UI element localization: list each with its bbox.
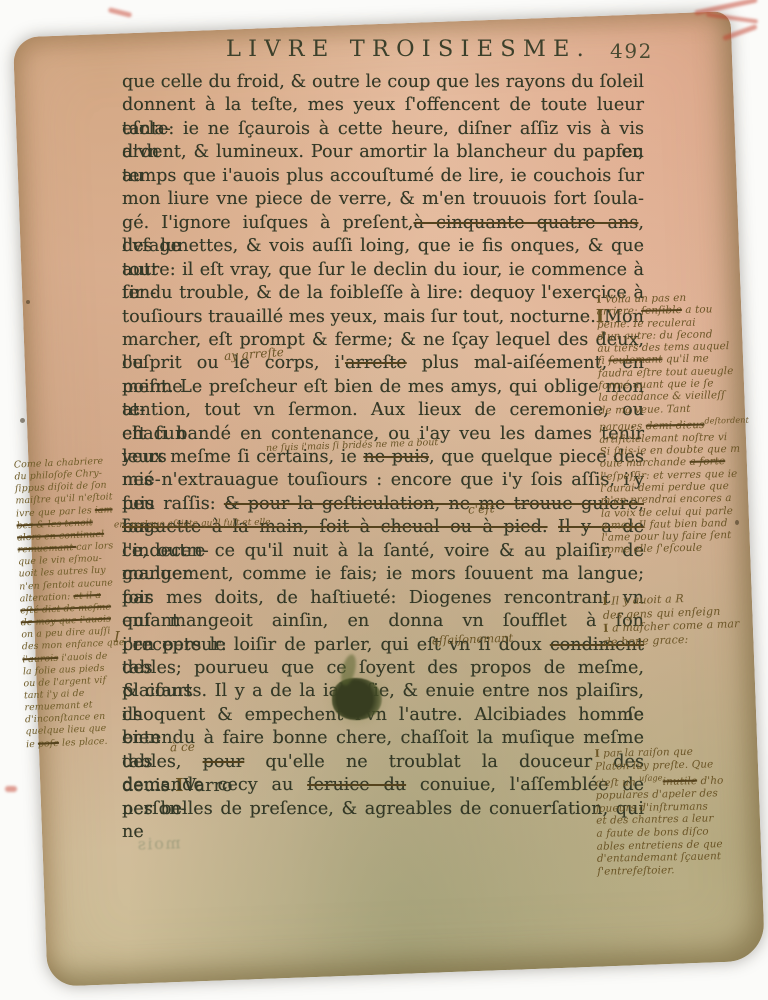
print-line: gouluement, comme ie fais; ie mors ſouue… [122,563,644,586]
print-line: i'en pers le loiſir de parler, qui eſt v… [122,634,644,657]
text-segment: ou de l'argent vif [23,675,106,690]
red-smudge [108,7,132,18]
print-line: temps que i'auois plus accouſtumé de lir… [122,165,644,188]
red-smudge [706,12,758,23]
text-segment: uſage [639,773,663,783]
struck-out-text: à cinquante quatre ans [414,213,639,233]
print-line: fois mes doits, de haſtiueté: Diogenes r… [122,587,644,610]
print-line: gé. I'ignore iuſques à preſent,à cinquan… [122,212,644,235]
ink-blot [332,678,382,720]
print-line: que celle du froid, & outre le coup que … [122,71,644,94]
page-title: LIVRE TROISIESME. [226,36,591,62]
print-line: peu raſſis: & pour la geſticulation, ne … [122,493,644,516]
print-line: entendu à faire bonne chere, chaſſoit la… [122,727,644,750]
text-segment: tables, [122,752,203,772]
text-segment: de bone grace: [604,632,689,648]
paper-speck [735,520,739,525]
text-segment: temps que i'auois plus accouſtumé de lir… [122,166,644,186]
text-segment [548,517,558,537]
text-segment: demande cecy au [122,775,307,795]
handwritten-note-right-top: I Voila un pas enarriere: ſenſible a tou… [596,290,768,556]
handwritten-note-left-margin: Come la chabrieredu philoſofe Chry-ſippu… [14,455,139,751]
text-segment: nes belles de preſence, & agreables de c… [122,799,644,842]
text-segment: ſ'entrefeſtoier. [597,864,675,878]
red-smudge [694,0,758,16]
struck-out-text: ſeruice du [307,775,406,795]
print-line: qui mangeoit ainſin, en donna vn ſouffle… [122,610,644,633]
print-line: tables, pour qu'elle ne troublat la douc… [122,751,644,774]
print-line: touſiours trauaillé mes yeux, mais ſur t… [122,305,644,328]
interlinear-addition: à ce [170,740,195,755]
text-segment: ſi [598,355,609,367]
struck-out-text: inutile [663,775,698,788]
text-segment: tir du trouble, & de la foibleſſe à lire… [122,283,644,303]
struck-out-text: arreſte [345,353,407,373]
text-segment: que celle du froid, & outre le coup que … [122,72,644,92]
text-segment: car lors [76,540,113,553]
text-segment: peu raſſis: [122,494,224,514]
text-segment: touſiours trauaillé mes yeux, mais ſur t… [122,307,596,327]
show-through-text: mois [136,833,181,854]
text-segment: mon liure vne piece de verre, & m'en tro… [122,189,644,209]
interlinear-addition: c'eſt [468,501,495,516]
page-number: 492 [610,39,653,63]
hand-line: parques demi-dieusdeſtordent [599,413,767,433]
print-line: tention, tout vn ſermon. Aux lieux de ce… [122,399,644,422]
red-smudge [5,786,17,792]
print-line: mon liure vne piece de verre, & m'en tro… [122,188,644,211]
print-line: des lunettes, & vois auſſi loing, que ie… [122,235,644,258]
struck-out-text: et il a [73,590,101,602]
scan-background: LIVRE TROISIESME. 492 que celle du froid… [0,0,768,1000]
print-line: tir du trouble, & de la foibleſſe à lire… [122,282,644,305]
struck-out-text: poſe [38,737,60,749]
print-line: donnent à la teſte, mes yeux ſ'offencent… [122,94,644,117]
text-segment: d'entandemant ſçauent [597,850,721,865]
struck-out-text: demi-dieus [646,419,705,432]
struck-out-text: ſenſible [641,304,682,317]
hand-line: ſ'entrefeſtoier. [597,862,768,878]
text-segment: les place. [59,735,108,748]
interlinear-addition: I [114,628,120,646]
text-segment: par la raiſon que [600,746,693,760]
struck-out-text: i'aurois [22,652,58,665]
print-line: nes belles de preſence, & agreables de c… [122,798,644,821]
text-segment: a tou [682,304,713,317]
interlinear-addition: aſſaiſonemant [432,631,514,648]
struck-out-text: ſeulemant [608,354,662,367]
text-segment: arriere: [597,305,642,318]
print-line: marcher, eſt prompt & ferme; & ne ſçay l… [122,329,644,352]
print-line: demande cecy au ſeruice du conuiue, l'aſ… [122,774,644,797]
struck-out-text: a forte [690,455,726,468]
text-segment: qu'il me [662,353,709,366]
text-segment: la decadance & vieilleſſ [598,389,725,404]
print-line: l'eſprit ou le corps, i'arreſte plus mal… [122,352,644,375]
print-line: ardent, & lumineux. Pour amortir la blan… [122,141,644,164]
print-line: tante: ie ne ſçaurois à cette heure, diſ… [122,118,644,141]
text-segment: come elle ſ'eſcoule [602,542,703,556]
text-segment: alteration: [20,591,74,604]
text-segment: i'auois de [58,650,108,663]
text-segment: d'ho [697,775,724,788]
text-segment: deſtordent [704,415,749,426]
text-segment: parques [599,420,646,433]
struck-out-text: pour [203,752,245,772]
print-line: nes n'extrauague touſiours : encore que … [122,469,644,492]
text-segment: c'eſt un [595,777,639,790]
text-segment: gé. I'ignore iuſques à preſent, [122,213,414,233]
hand-line: come elle ſ'eſcoule [602,541,768,557]
print-line: tables; pourueu que ce ſoyent des propos… [122,657,644,680]
red-smudge [722,24,758,41]
print-line: ce, outre ce qu'il nuit à la ſanté, voir… [122,540,644,563]
page-content: LIVRE TROISIESME. 492 que celle du froid… [0,0,768,1000]
text-segment: ie [26,738,38,750]
handwritten-note-right-middle: I Il y auoit a Rdes gens qui enſeignI a … [602,589,768,649]
handwritten-note-right-bottom: I par la raiſon quePlaton luy preſte. Qu… [595,744,768,878]
paper-speck [26,300,30,304]
paper-speck [20,418,25,423]
struck-out-text: iam [95,504,113,516]
print-line: point. Le preſcheur eſt bien de mes amys… [122,376,644,399]
print-line: autre: il eſt vray, que ſur le declin du… [122,259,644,282]
